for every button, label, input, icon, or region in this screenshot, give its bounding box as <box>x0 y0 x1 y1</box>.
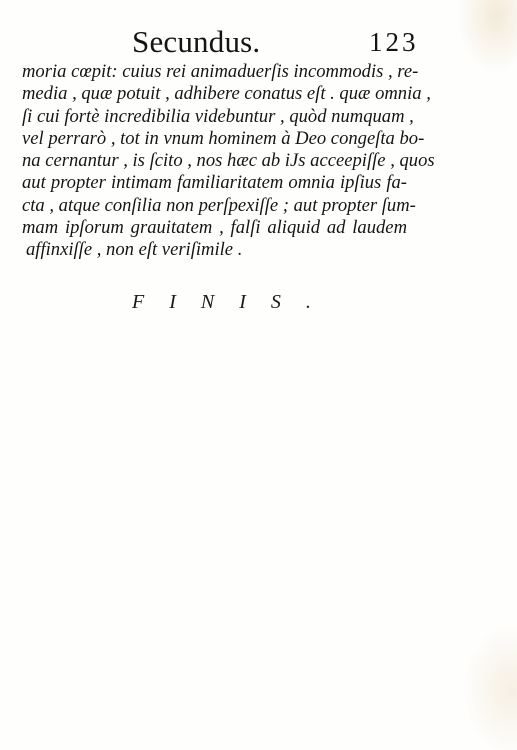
text-line: mam ipſorum grauitatem , falſi aliquid a… <box>22 217 407 239</box>
text-line: aut propter intimam familiaritatem omnia… <box>22 172 407 194</box>
page-number: 123 <box>369 27 419 58</box>
body-text: moria cœpit: cuius rei animaduerſis inco… <box>22 61 407 262</box>
text-line: cta , atque conſilia non perſpexiſſe ; a… <box>22 195 407 217</box>
text-line: ſi cui fortè incredibilia videbuntur , q… <box>22 106 407 128</box>
running-title: Secundus. <box>132 24 260 60</box>
text-line: moria cœpit: cuius rei animaduerſis inco… <box>22 61 407 83</box>
text-line: na cernantur , is ſcito , nos hæc ab iJs… <box>22 150 407 172</box>
text-line: media , quæ potuit , adhibere conatus eſ… <box>22 83 407 105</box>
running-head: Secundus. 123 <box>132 24 412 64</box>
text-line: vel perrarò , tot in vnum hominem à Deo … <box>22 128 407 150</box>
finis-colophon: FINIS. <box>132 291 292 314</box>
text-line: affinxiſſe , non eſt veriſimile . <box>22 239 407 261</box>
book-page: Secundus. 123 moria cœpit: cuius rei ani… <box>0 0 517 750</box>
